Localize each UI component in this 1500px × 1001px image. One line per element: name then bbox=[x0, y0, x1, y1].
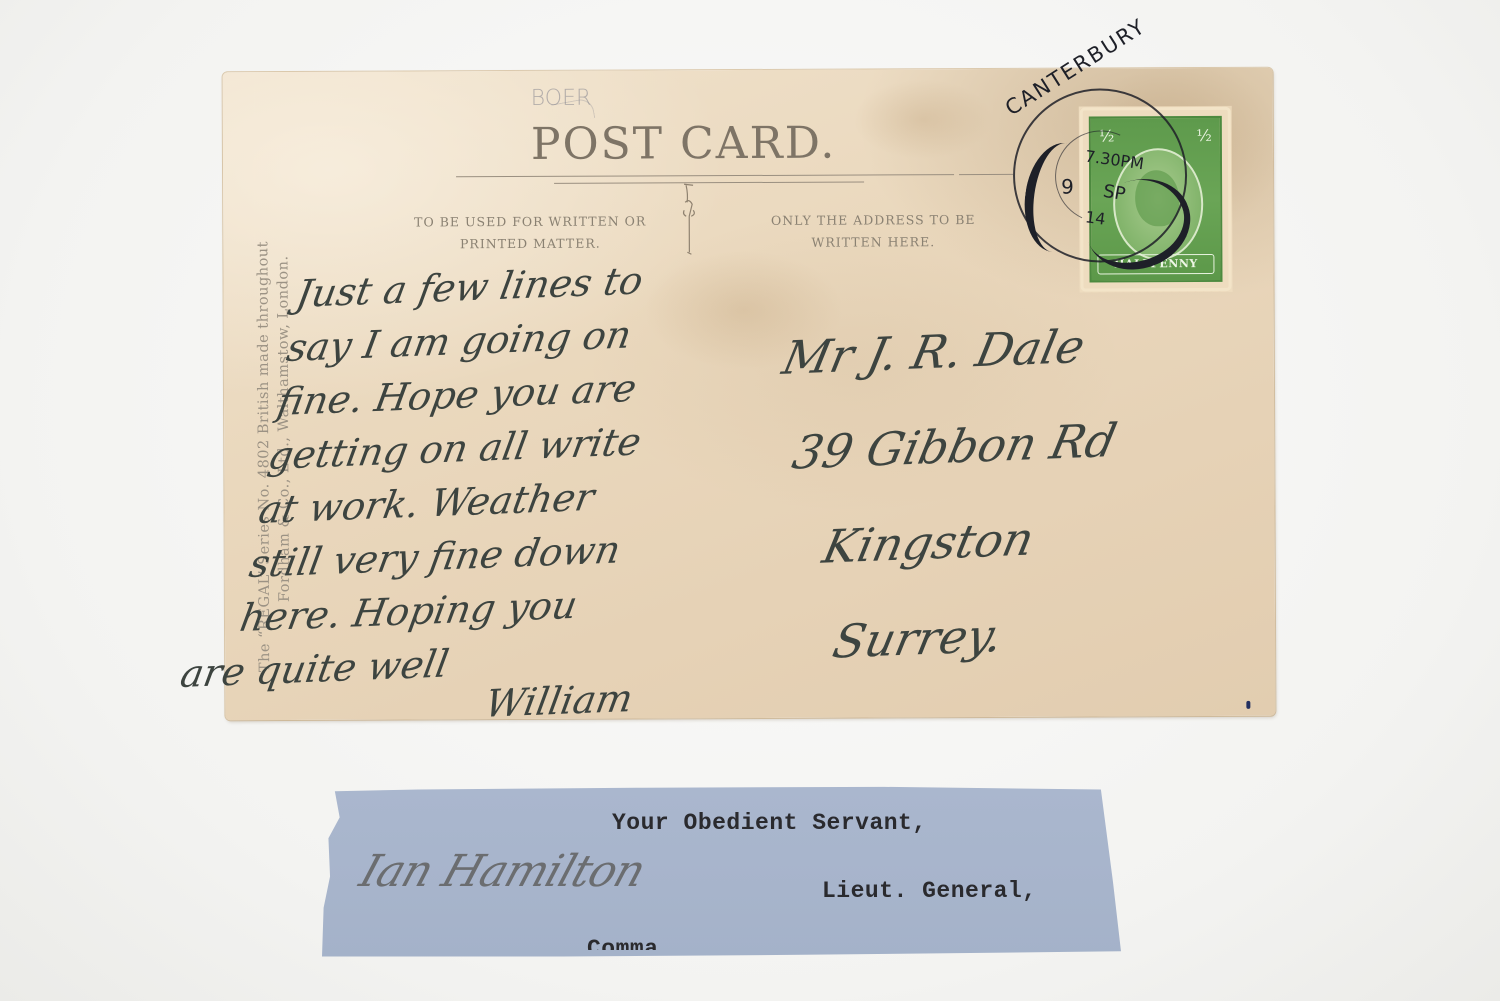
divider-rule bbox=[959, 174, 1013, 175]
instruction-line: PRINTED MATTER. bbox=[385, 232, 675, 255]
address-line: Mr J. R. Dale bbox=[773, 292, 1247, 406]
clipping-signature: Ian Hamilton bbox=[354, 846, 651, 897]
instruction-line: TO BE USED FOR WRITTEN OR bbox=[385, 210, 675, 233]
divider-rule bbox=[456, 174, 954, 177]
instructions-message-side: TO BE USED FOR WRITTEN OR PRINTED MATTER… bbox=[385, 210, 675, 255]
postmark-year: 14 bbox=[1084, 207, 1107, 229]
divider-rule bbox=[554, 181, 864, 183]
signature-clipping: Your Obedient Servant, Ian Hamilton Lieu… bbox=[322, 786, 1125, 960]
clipping-cut-line: Comma... bbox=[587, 936, 701, 950]
address-line: Kingston bbox=[733, 484, 1207, 598]
postmark-day: 9 bbox=[1061, 175, 1074, 199]
address-line: Surrey. bbox=[713, 580, 1187, 694]
postmark: CANTERBURY 7.30PM 9 SP 14 bbox=[1013, 88, 1188, 263]
age-stain bbox=[853, 79, 993, 160]
postmark-month: SP bbox=[1102, 181, 1128, 205]
clipping-rank: Lieut. General, bbox=[822, 878, 1037, 904]
postcard: BOER POST CARD. TO BE USED FOR WRITTEN O… bbox=[223, 68, 1276, 721]
handwritten-message: Just a few lines to say I am going on fi… bbox=[219, 248, 784, 741]
stamp-value-fraction: ½ bbox=[1196, 126, 1212, 145]
handwritten-address: Mr J. R. Dale 39 Gibbon Rd Kingston Surr… bbox=[713, 292, 1247, 694]
postcard-heading: POST CARD. bbox=[531, 118, 837, 170]
address-line: 39 Gibbon Rd bbox=[753, 388, 1227, 502]
ink-speck bbox=[1246, 701, 1250, 709]
fleuron-divider-icon bbox=[681, 182, 697, 262]
instruction-line: ONLY THE ADDRESS TO BE bbox=[743, 209, 1003, 232]
clipping-closing: Your Obedient Servant, bbox=[612, 810, 927, 836]
